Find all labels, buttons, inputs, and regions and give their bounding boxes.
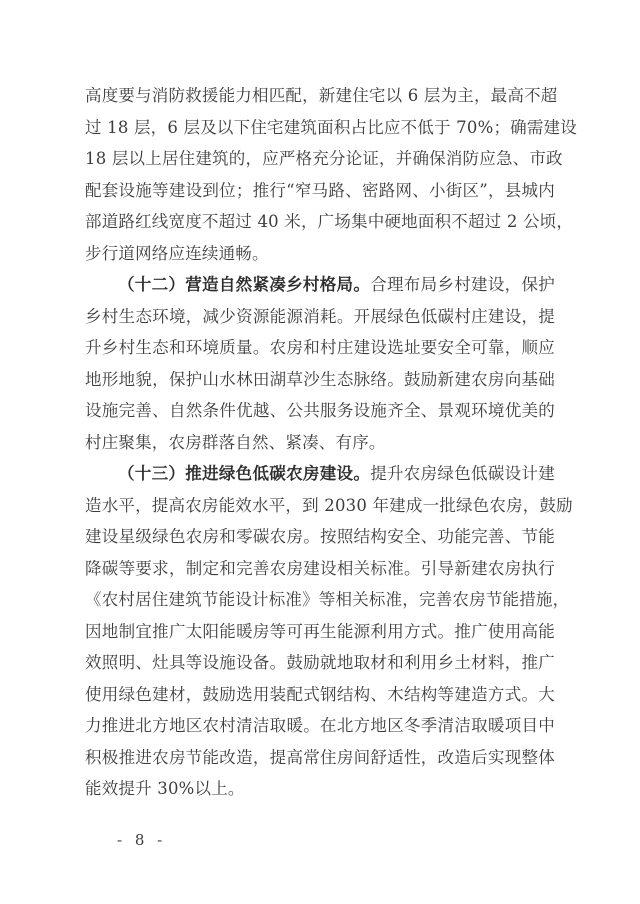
body-text: 设施完善、自然条件优越、公共服务设施齐全、景观环境优美的: [85, 401, 555, 420]
body-text: 配套设施等建设到位；推行“窄马路、密路网、小街区”，县城内: [85, 181, 555, 200]
text-line: 建设星级绿色农房和零碳农房。按照结构安全、功能完善、节能: [85, 521, 555, 553]
text-line: 效照明、灶具等设施设备。鼓励就地取材和利用乡土材料，推广: [85, 647, 555, 679]
body-text: 使用绿色建材，鼓励选用装配式钢结构、木结构等建造方式。大: [85, 685, 555, 704]
section-heading: （十二）营造自然紧凑乡村格局。: [118, 275, 370, 294]
body-text: 步行道网络应连续通畅。: [85, 244, 269, 263]
text-line: 造水平，提高农房能效水平，到 2030 年建成一批绿色农房，鼓励: [85, 490, 555, 522]
text-line: 乡村生态环境，减少资源能源消耗。开展绿色低碳村庄建设，提: [85, 301, 555, 333]
body-text: 部道路红线宽度不超过 40 米，广场集中硬地面积不超过 2 公顷，: [85, 212, 573, 231]
body-text: 高度要与消防救援能力相匹配，新建住宅以 6 层为主，最高不超: [85, 86, 558, 105]
body-text: 地形地貌，保护山水林田湖草沙生态脉络。鼓励新建农房向基础: [85, 370, 555, 389]
body-text: 《农村居住建筑节能设计标准》等相关标准，完善农房节能措施，: [85, 590, 569, 609]
text-line: 高度要与消防救援能力相匹配，新建住宅以 6 层为主，最高不超: [85, 80, 555, 112]
text-line: 村庄聚集，农房群落自然、紧凑、有序。: [85, 427, 555, 459]
body-text: 造水平，提高农房能效水平，到 2030 年建成一批绿色农房，鼓励: [85, 496, 573, 515]
body-text: 积极推进农房节能改造，提高常住房间舒适性，改造后实现整体: [85, 748, 555, 767]
text-line: 积极推进农房节能改造，提高常住房间舒适性，改造后实现整体: [85, 742, 555, 774]
text-line: 力推进北方地区农村清洁取暖。在北方地区冬季清洁取暖项目中: [85, 710, 555, 742]
text-line: 配套设施等建设到位；推行“窄马路、密路网、小街区”，县城内: [85, 175, 555, 207]
text-line: 使用绿色建材，鼓励选用装配式钢结构、木结构等建造方式。大: [85, 679, 555, 711]
body-text: 18 层以上居住建筑的，应严格充分论证，并确保消防应急、市政: [85, 149, 563, 168]
body-text: 乡村生态环境，减少资源能源消耗。开展绿色低碳村庄建设，提: [85, 307, 555, 326]
body-text: 因地制宜推广太阳能暖房等可再生能源利用方式。推广使用高能: [85, 622, 555, 641]
text-line: 因地制宜推广太阳能暖房等可再生能源利用方式。推广使用高能: [85, 616, 555, 648]
text-line: 18 层以上居住建筑的，应严格充分论证，并确保消防应急、市政: [85, 143, 555, 175]
body-text: 提升农房绿色低碳设计建: [370, 464, 555, 483]
page-number: - 8 -: [117, 831, 166, 849]
text-line: 地形地貌，保护山水林田湖草沙生态脉络。鼓励新建农房向基础: [85, 364, 555, 396]
text-line: 设施完善、自然条件优越、公共服务设施齐全、景观环境优美的: [85, 395, 555, 427]
body-text: 力推进北方地区农村清洁取暖。在北方地区冬季清洁取暖项目中: [85, 716, 555, 735]
text-line: 过 18 层，6 层及以下住宅建筑面积占比应不低于 70%；确需建设: [85, 112, 555, 144]
body-text: 过 18 层，6 层及以下住宅建筑面积占比应不低于 70%；确需建设: [85, 118, 577, 137]
body-text: 效照明、灶具等设施设备。鼓励就地取材和利用乡土材料，推广: [85, 653, 555, 672]
text-line: 《农村居住建筑节能设计标准》等相关标准，完善农房节能措施，: [85, 584, 555, 616]
text-line: 步行道网络应连续通畅。: [85, 238, 555, 270]
text-line: 能效提升 30%以上。: [85, 773, 555, 805]
text-line: （十三）推进绿色低碳农房建设。提升农房绿色低碳设计建: [85, 458, 555, 490]
body-text: 升乡村生态和环境质量。农房和村庄建设选址要安全可靠，顺应: [85, 338, 555, 357]
body-text: 降碳等要求，制定和完善农房建设相关标准。引导新建农房执行: [85, 559, 555, 578]
body-text: 能效提升 30%以上。: [85, 779, 245, 798]
body-text: 合理布局乡村建设，保护: [370, 275, 555, 294]
text-line: （十二）营造自然紧凑乡村格局。合理布局乡村建设，保护: [85, 269, 555, 301]
text-line: 升乡村生态和环境质量。农房和村庄建设选址要安全可靠，顺应: [85, 332, 555, 364]
text-line: 降碳等要求，制定和完善农房建设相关标准。引导新建农房执行: [85, 553, 555, 585]
body-text: 村庄聚集，农房群落自然、紧凑、有序。: [85, 433, 386, 452]
body-text: 建设星级绿色农房和零碳农房。按照结构安全、功能完善、节能: [85, 527, 555, 546]
document-body: 高度要与消防救援能力相匹配，新建住宅以 6 层为主，最高不超过 18 层，6 层…: [85, 80, 555, 805]
section-heading: （十三）推进绿色低碳农房建设。: [118, 464, 370, 483]
text-line: 部道路红线宽度不超过 40 米，广场集中硬地面积不超过 2 公顷，: [85, 206, 555, 238]
document-page: 高度要与消防救援能力相匹配，新建住宅以 6 层为主，最高不超过 18 层，6 层…: [0, 0, 640, 904]
